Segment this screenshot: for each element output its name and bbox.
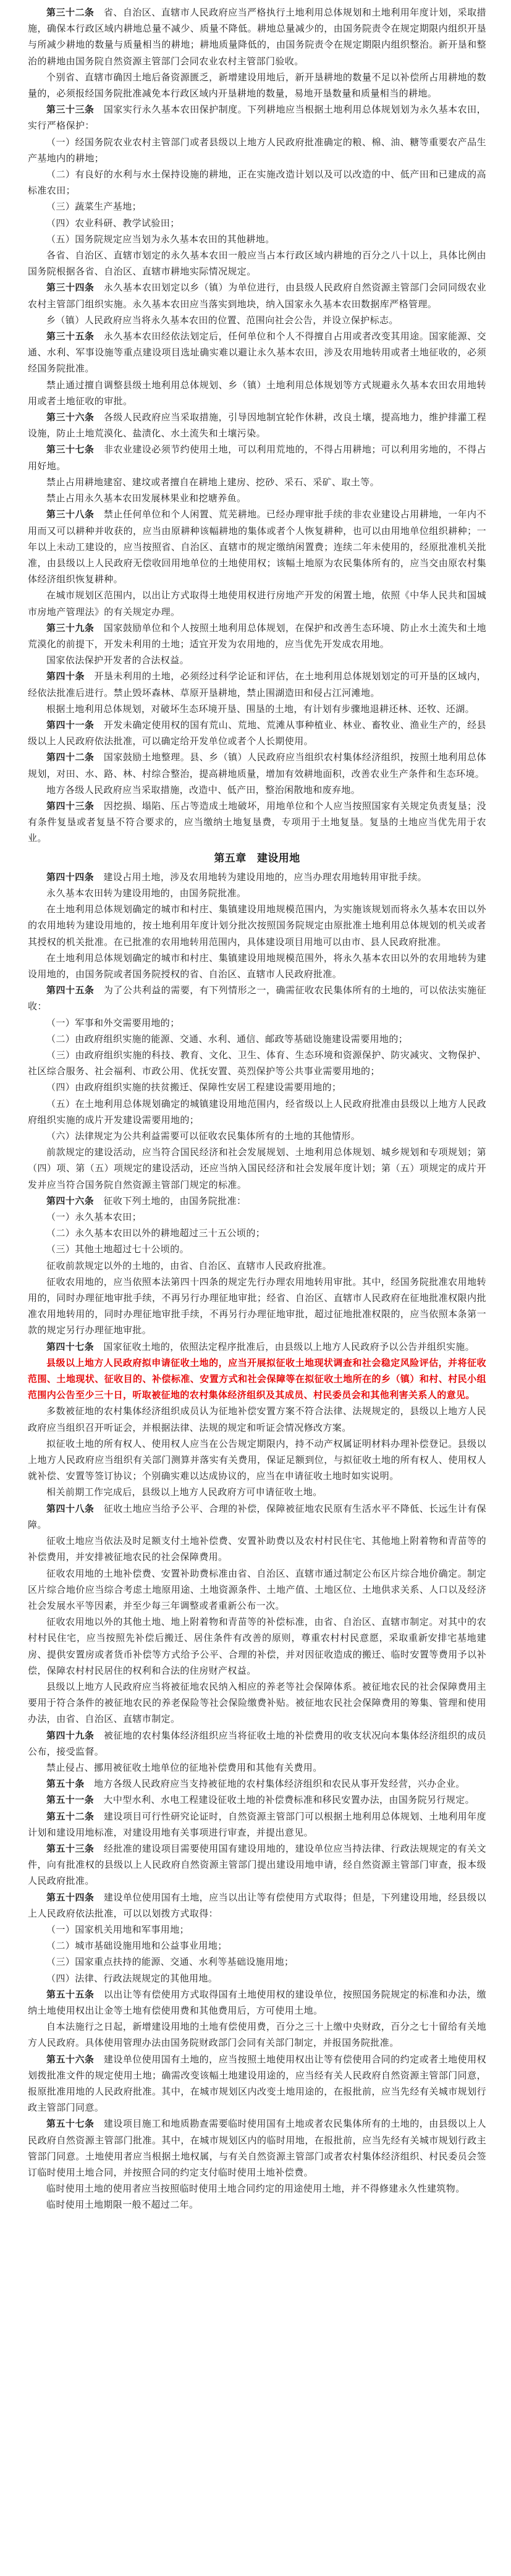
paragraph: 县级以上地方人民政府应当将被征地农民纳入相应的养老等社会保障体系。被征地农民的社… [28,1679,486,1728]
article-number: 第四十一条 [46,720,94,731]
paragraph: （四）法律、行政法规规定的其他用地。 [28,1971,486,1987]
article-number: 第三十二条 [46,7,94,18]
article-number: 第五十条 [46,1779,85,1789]
article-number: 第三十六条 [46,412,94,423]
paragraph: （一）国家机关用地和军事用地； [28,1922,486,1938]
paragraph: 第三十六条 各级人民政府应当采取措施，引导因地制宜轮作休耕，改良土壤，提高地力，… [28,410,486,442]
article-number: 第三十七条 [46,444,94,455]
paragraph: 临时使用土地期限一般不超过二年。 [28,2197,486,2213]
paragraph: 第五十一条 大中型水利、水电工程建设征收土地的补偿费标准和移民安置办法，由国务院… [28,1792,486,1808]
article-number: 第三十三条 [46,104,94,115]
paragraph: 在城市规划区范围内，以出让方式取得土地使用权进行房地产开发的闲置土地，依照《中华… [28,588,486,620]
paragraph: 第四十二条 国家鼓励土地整理。县、乡（镇）人民政府应当组织农村集体经济组织，按照… [28,750,486,782]
paragraph: 第三十二条 省、自治区、直辖市人民政府应当严格执行土地利用总体规划和土地利用年度… [28,5,486,70]
paragraph: 征收农用地以外的其他土地、地上附着物和青苗等的补偿标准，由省、自治区、直辖市制定… [28,1614,486,1679]
paragraph: 第三十七条 非农业建设必须节约使用土地，可以利用荒地的，不得占用耕地；可以利用劣… [28,442,486,474]
article-number: 第四十七条 [46,1342,94,1352]
paragraph: 第四十五条 为了公共利益的需要，有下列情形之一，确需征收农民集体所有的土地的，可… [28,983,486,1015]
paragraph: （一）经国务院农业农村主管部门或者县级以上地方人民政府批准确定的粮、棉、油、糖等… [28,135,486,167]
paragraph: 第三十三条 国家实行永久基本农田保护制度。下列耕地应当根据土地利用总体规划划为永… [28,102,486,134]
paragraph: （三）其他土地超过七十公顷的。 [28,1242,486,1258]
paragraph: （四）由政府组织实施的扶贫搬迁、保障性安居工程建设需要用地的； [28,1080,486,1096]
paragraph: （二）由政府组织实施的能源、交通、水利、通信、邮政等基础设施建设需要用地的； [28,1032,486,1048]
paragraph: 禁止通过擅自调整县级土地利用总体规划、乡（镇）土地利用总体规划等方式规避永久基本… [28,378,486,410]
paragraph: （二）城市基础设施用地和公益事业用地； [28,1938,486,1954]
law-document-page: 第三十二条 省、自治区、直辖市人民政府应当严格执行土地利用总体规划和土地利用年度… [0,0,511,2576]
paragraph: 相关前期工作完成后，县级以上地方人民政府方可申请征收土地。 [28,1485,486,1501]
article-number: 第五十六条 [46,2054,94,2065]
paragraph: 征收农用地的土地补偿费、安置补助费标准由省、自治区、直辖市通过制定公布区片综合地… [28,1566,486,1615]
paragraph: 第五十四条 建设单位使用国有土地，应当以出让等有偿使用方式取得；但是，下列建设用… [28,1890,486,1922]
article-number: 第三十五条 [46,331,94,342]
paragraph: 第三十四条 永久基本农田划定以乡（镇）为单位进行，由县级人民政府自然资源主管部门… [28,280,486,312]
paragraph: 第五十三条 经批准的建设项目需要使用国有建设用地的，建设单位应当持法律、行政法规… [28,1841,486,1890]
paragraph: （三）蔬菜生产基地； [28,199,486,215]
paragraph: 征收前款规定以外的土地的，由省、自治区、直辖市人民政府批准。 [28,1258,486,1274]
paragraph: 第五十五条 以出让等有偿使用方式取得国有土地使用权的建设单位，按照国务院规定的标… [28,1987,486,2019]
article-number: 第三十八条 [46,509,94,520]
paragraph: （一）永久基本农田； [28,1210,486,1226]
paragraph: （三）由政府组织实施的科技、教育、文化、卫生、体育、生态环境和资源保护、防灾减灾… [28,1048,486,1080]
paragraph: （三）国家重点扶持的能源、交通、水利等基础设施用地； [28,1954,486,1970]
paragraph: （五）国务院规定应当划为永久基本农田的其他耕地。 [28,232,486,248]
article-number: 第五十一条 [46,1795,94,1805]
paragraph: 征收农用地的，应当依照本法第四十四条的规定先行办理农用地转用审批。其中，经国务院… [28,1274,486,1339]
paragraph: 前款规定的建设活动，应当符合国民经济和社会发展规划、土地利用总体规划、城乡规划和… [28,1145,486,1193]
paragraph: （二）有良好的水利与水土保持设施的耕地，正在实施改造计划以及可以改造的中、低产田… [28,167,486,199]
article-number: 第五十七条 [46,2119,94,2129]
paragraph: 第四十四条 建设占用土地，涉及农用地转为建设用地的，应当办理农用地转用审批手续。 [28,870,486,886]
paragraph: 第四十七条 国家征收土地的，依照法定程序批准后，由县级以上地方人民政府予以公告并… [28,1339,486,1355]
paragraph: （一）军事和外交需要用地的； [28,1015,486,1032]
paragraph: 多数被征地的农村集体经济组织成员认为征地补偿安置方案不符合法律、法规规定的，县级… [28,1404,486,1436]
paragraph: 拟征收土地的所有权人、使用权人应当在公告规定期限内，持不动产权属证明材料办理补偿… [28,1436,486,1485]
document-body: 第三十二条 省、自治区、直辖市人民政府应当严格执行土地利用总体规划和土地利用年度… [28,5,486,2214]
highlighted-paragraph: 县级以上地方人民政府拟申请征收土地的，应当开展拟征收土地现状调查和社会稳定风险评… [28,1355,486,1404]
paragraph: 第五十条 地方各级人民政府应当支持被征地的农村集体经济组织和农民从事开发经营，兴… [28,1776,486,1792]
paragraph: 第五十六条 建设单位使用国有土地的，应当按照土地使用权出让等有偿使用合同的约定或… [28,2052,486,2117]
paragraph: 第四十八条 征收土地应当给予公平、合理的补偿，保障被征地农民原有生活水平不降低、… [28,1501,486,1533]
article-number: 第五十五条 [46,1989,94,2000]
paragraph: 永久基本农田转为建设用地的，由国务院批准。 [28,886,486,902]
article-number: 第四十条 [46,671,85,682]
paragraph: 根据土地利用总体规划，对破坏生态环境开垦、围垦的土地，有计划有步骤地退耕还林、还… [28,701,486,718]
paragraph: 第三十八条 禁止任何单位和个人闲置、荒芜耕地。已经办理审批手续的非农业建设占用耕… [28,507,486,588]
paragraph: 禁止占用永久基本农田发展林果业和挖塘养鱼。 [28,491,486,507]
paragraph: 第三十九条 国家鼓励单位和个人按照土地利用总体规划，在保护和改善生态环境、防止水… [28,621,486,653]
paragraph: 地方各级人民政府应当采取措施，改造中、低产田，整治闲散地和废弃地。 [28,782,486,799]
article-number: 第四十五条 [46,985,94,996]
paragraph: （四）农业科研、教学试验田； [28,216,486,232]
article-number: 第四十六条 [46,1196,94,1206]
paragraph: 第五十七条 建设项目施工和地质勘查需要临时使用国有土地或者农民集体所有的土地的，… [28,2116,486,2181]
paragraph: 在土地利用总体规划确定的城市和村庄、集镇建设用地规模范围内，为实施该规划而将永久… [28,902,486,951]
article-number: 第四十九条 [46,1731,94,1741]
paragraph: 征收土地应当依法及时足额支付土地补偿费、安置补助费以及农村村民住宅、其他地上附着… [28,1533,486,1566]
article-number: 第五十二条 [46,1811,94,1822]
paragraph: （五）在土地利用总体规划确定的城镇建设用地范围内，经省级以上人民政府批准由县级以… [28,1096,486,1129]
article-number: 第四十三条 [46,801,94,811]
paragraph: 乡（镇）人民政府应当将永久基本农田的位置、范围向社会公告，并设立保护标志。 [28,313,486,329]
paragraph: 第四十九条 被征地的农村集体经济组织应当将征收土地的补偿费用的收支状况向本集体经… [28,1728,486,1760]
paragraph: 临时使用土地的使用者应当按照临时使用土地合同约定的用途使用土地，并不得修建永久性… [28,2181,486,2197]
paragraph: 第三十五条 永久基本农田经依法划定后，任何单位和个人不得擅自占用或者改变其用途。… [28,329,486,378]
paragraph: 禁止侵占、挪用被征收土地单位的征地补偿费用和其他有关费用。 [28,1760,486,1776]
article-number: 第四十八条 [46,1504,94,1514]
article-number: 第五十四条 [46,1892,94,1903]
paragraph: 国家依法保护开发者的合法权益。 [28,653,486,669]
paragraph: 各省、自治区、直辖市划定的永久基本农田一般应当占本行政区域内耕地的百分之八十以上… [28,248,486,280]
paragraph: 第四十三条 因挖损、塌陷、压占等造成土地破坏，用地单位和个人应当按照国家有关规定… [28,799,486,847]
chapter-heading: 第五章 建设用地 [28,850,486,866]
paragraph: 第四十六条 征收下列土地的，由国务院批准： [28,1193,486,1210]
article-number: 第四十二条 [46,752,94,763]
paragraph: 禁止占用耕地建窑、建坟或者擅自在耕地上建房、挖砂、采石、采矿、取土等。 [28,475,486,491]
paragraph: （六）法律规定为公共利益需要可以征收农民集体所有的土地的其他情形。 [28,1129,486,1145]
paragraph: 个别省、直辖市确因土地后备资源匮乏，新增建设用地后，新开垦耕地的数量不足以补偿所… [28,70,486,102]
article-number: 第五十三条 [46,1844,94,1854]
paragraph: 第四十一条 开发未确定使用权的国有荒山、荒地、荒滩从事种植业、林业、畜牧业、渔业… [28,718,486,750]
paragraph: （二）永久基本农田以外的耕地超过三十五公顷的； [28,1226,486,1242]
paragraph: 自本法施行之日起，新增建设用地的土地有偿使用费，百分之三十上缴中央财政，百分之七… [28,2019,486,2051]
paragraph: 在土地利用总体规划确定的城市和村庄、集镇建设用地规模范围外，将永久基本农田以外的… [28,951,486,983]
article-number: 第四十四条 [46,872,94,883]
article-number: 第三十九条 [46,623,94,633]
article-number: 第三十四条 [46,282,94,293]
paragraph: 第五十二条 建设项目可行性研究论证时，自然资源主管部门可以根据土地利用总体规划、… [28,1809,486,1841]
paragraph: 第四十条 开垦未利用的土地，必须经过科学论证和评估，在土地利用总体规划划定的可开… [28,669,486,701]
